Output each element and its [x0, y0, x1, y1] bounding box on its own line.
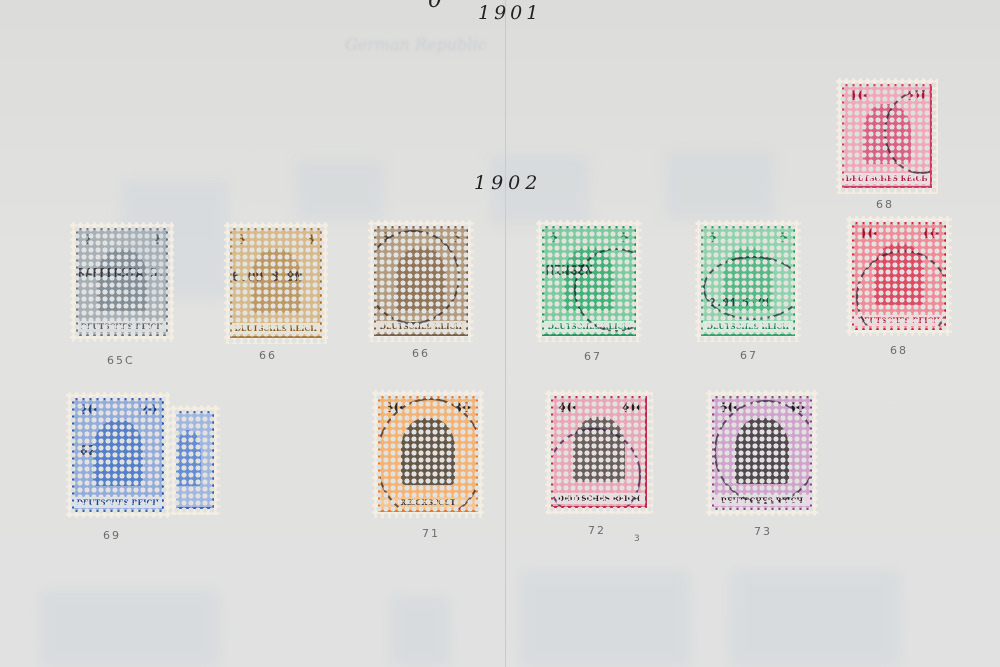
denomination: 2	[152, 233, 161, 248]
catalog-number: 69	[103, 529, 121, 542]
postmark-circle	[714, 400, 812, 504]
postmark: 6.09 8 9N	[232, 270, 302, 285]
denomination: 3	[237, 233, 246, 248]
stamp-67-second: 5 5 DEUTSCHES REICH 2.04.6-7N	[695, 220, 801, 342]
year-heading-1901: 1901	[478, 2, 542, 24]
stray-mark: 3	[634, 534, 642, 544]
denomination: 5	[708, 231, 717, 246]
denomination: 5	[620, 231, 629, 246]
ghost-shape	[665, 150, 775, 220]
stamp-67: 5 5 DEUTSCHES REICH MINGEN	[536, 220, 642, 342]
ghost-shape	[295, 160, 385, 220]
catalog-number: 73	[754, 525, 772, 538]
stamp-68-upper: 10 10 DEUTSCHES REICH	[836, 78, 938, 194]
ghost-shape	[520, 570, 690, 667]
show-through-text: German Republic	[345, 35, 487, 54]
ghost-shape	[390, 595, 450, 667]
stamp-72: 40 40 DEUTSCHES REICH	[545, 390, 653, 514]
germania-figure	[93, 420, 142, 486]
catalog-number: 66	[412, 347, 430, 360]
stamp-69-partial	[170, 405, 220, 515]
denomination: 40	[558, 401, 576, 416]
denomination: 2	[83, 233, 92, 248]
catalog-number: 71	[422, 527, 440, 540]
postmark-circle	[856, 250, 946, 330]
partial-heading: 0	[428, 0, 442, 13]
catalog-number: 72	[588, 524, 606, 537]
catalog-number: 68	[876, 198, 894, 211]
ghost-shape	[40, 590, 220, 667]
stamp-66: 3 3 DEUTSCHES REICH 6.09 8 9N	[224, 222, 328, 344]
stamp-legend: DEUTSCHES REICH	[78, 321, 166, 332]
ghost-shape	[730, 570, 900, 667]
denomination: 10	[921, 227, 939, 242]
germania-figure	[176, 430, 201, 486]
stamp-73: 50 50 DEUTSCHES REICH	[706, 390, 818, 516]
denomination: 5	[549, 231, 558, 246]
denomination: 3	[306, 233, 315, 248]
page-fold	[505, 0, 506, 667]
catalog-number: 66	[259, 349, 277, 362]
denomination: 20	[79, 403, 97, 418]
stamp-legend: DEUTSCHES REICH	[844, 173, 930, 184]
year-heading-1902: 1902	[474, 172, 542, 194]
postmark-circle	[703, 256, 795, 320]
stamp-66-second: 3 3 DEUTSCHES REICH	[368, 220, 474, 342]
denomination: 40	[622, 401, 640, 416]
denomination: 10	[859, 227, 877, 242]
postmark: RAFFENSTA 3.12.02	[78, 266, 168, 280]
catalog-number: 65C	[107, 354, 135, 367]
catalog-number: 68	[890, 344, 908, 357]
denomination: 20	[139, 403, 157, 418]
postmark-circle	[378, 398, 478, 512]
catalog-number: 67	[740, 349, 758, 362]
stamp-69: 20 20 DEUTSCHES REICH 02	[66, 392, 170, 518]
stamp-71: 30 30 REICHSPOST	[372, 390, 484, 518]
stamp-65c: 2 2 DEUTSCHES REICH RAFFENSTA 3.12.02	[70, 222, 174, 342]
denomination: 3	[452, 231, 461, 246]
stamp-legend: DEUTSCHES REICH	[74, 497, 162, 508]
stamp-legend: DEUTSCHES REICH	[232, 323, 320, 334]
catalog-number: 67	[584, 350, 602, 363]
postmark-circle	[374, 230, 460, 324]
denomination: 5	[779, 231, 788, 246]
stamp-legend: DEUTSCHES REICH	[703, 321, 793, 332]
postmark: 02	[80, 444, 96, 459]
denomination: 10	[849, 89, 867, 104]
postmark-circle	[551, 428, 641, 508]
stamp-68-lower: 10 10 DEUTSCHES REICH	[846, 216, 952, 336]
album-page: German Republic 0 1901 1902 2 2 DEUTSCHE…	[0, 0, 1000, 667]
